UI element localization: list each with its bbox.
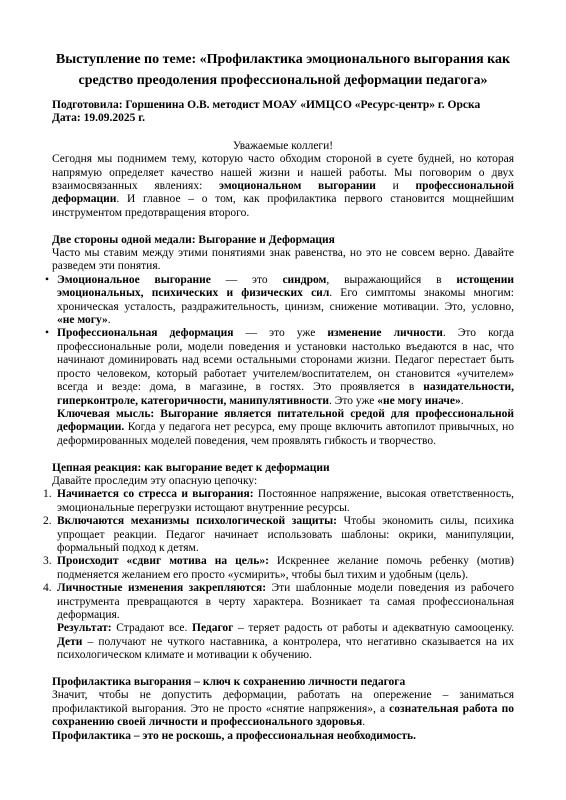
byline: Подготовила: Горшенина О.В. методист МОА… <box>52 99 514 126</box>
bullet-item-emotional-burnout: Эмоциональное выгорание — это синдром, в… <box>52 274 514 328</box>
chain-steps-list: Начинается со стресса и выгорания: Посто… <box>52 488 514 622</box>
section-heading-two-sides: Две стороны одной медали: Выгорание и Де… <box>52 234 514 247</box>
step-item-defense-mechanisms: Включаются механизмы психологической защ… <box>52 515 514 555</box>
step-item-stress-burnout: Начинается со стресса и выгорания: Посто… <box>52 488 514 515</box>
section-heading-chain-reaction: Цепная реакция: как выгорание ведет к де… <box>52 462 514 475</box>
document-page: Выступление по теме: «Профилактика эмоци… <box>0 0 566 800</box>
result-paragraph: Результат: Страдают все. Педагог – теряе… <box>57 622 514 662</box>
step-item-personality-changes: Личностные изменения закрепляются: Эти ш… <box>52 582 514 622</box>
bullet-item-professional-deformation: Профессиональная деформация — это уже из… <box>52 327 514 407</box>
intro-paragraph: Сегодня мы поднимем тему, которую часто … <box>52 153 514 220</box>
key-thought-paragraph: Ключевая мысль: Выгорание является питат… <box>57 408 514 448</box>
document-title: Выступление по теме: «Профилактика эмоци… <box>52 49 514 91</box>
two-sides-bullet-list: Эмоциональное выгорание — это синдром, в… <box>52 274 514 408</box>
final-statement: Профилактика – это не роскошь, а професс… <box>52 730 514 743</box>
prepared-by-line: Подготовила: Горшенина О.В. методист МОА… <box>52 99 480 111</box>
step-item-motive-shift: Происходит «сдвиг мотива на цель»: Искре… <box>52 555 514 582</box>
date-line: Дата: 19.09.2025 г. <box>52 112 145 124</box>
chain-lead: Давайте проследим эту опасную цепочку: <box>52 475 514 488</box>
prevention-paragraph: Значит, чтобы не допустить деформации, р… <box>52 689 514 729</box>
section-heading-prevention: Профилактика выгорания – ключ к сохранен… <box>52 676 514 689</box>
two-sides-lead: Часто мы ставим между этими понятиями зн… <box>52 247 514 274</box>
salutation: Уважаемые коллеги! <box>52 140 514 153</box>
